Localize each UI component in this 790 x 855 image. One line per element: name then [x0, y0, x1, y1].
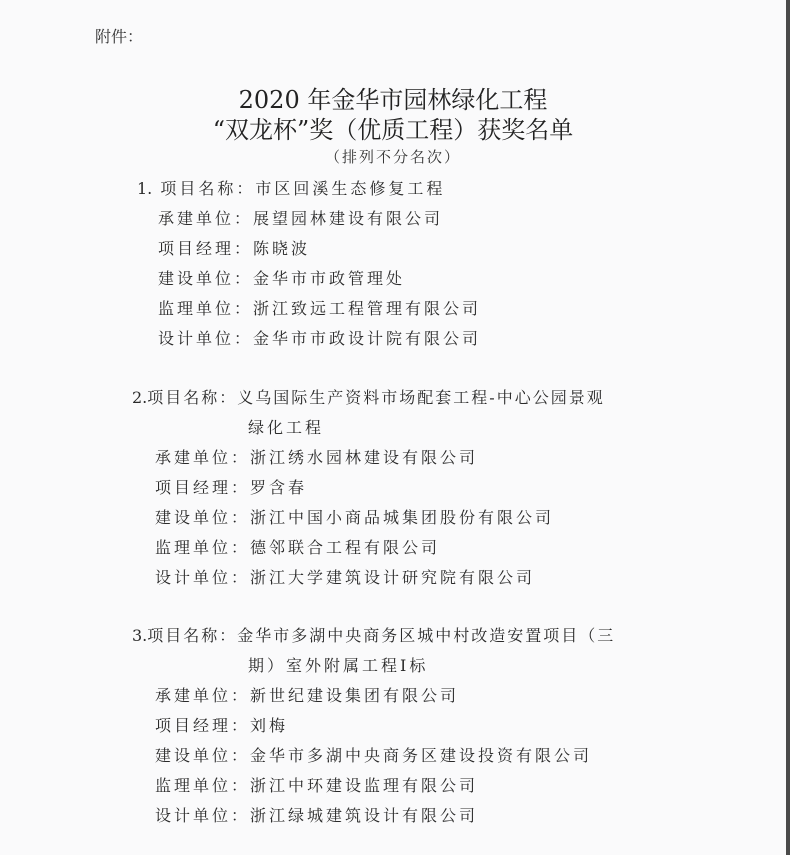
contractor-value: 浙江绣水园林建设有限公司 [250, 448, 478, 467]
manager-value: 罗含春 [250, 478, 307, 497]
owner-value: 金华市多湖中央商务区建设投资有限公司 [250, 746, 592, 765]
manager-row: 项目经理：罗含春 [155, 475, 307, 498]
attachment-label: 附件： [95, 24, 143, 47]
manager-value: 陈晓波 [253, 239, 310, 258]
project-name-row: 3.项目名称：金华市多湖中央商务区城中村改造安置项目（三 [132, 623, 615, 646]
field-label: 项目经理： [155, 478, 250, 497]
project-index: 1. [137, 179, 152, 198]
designer-row: 设计单位：金华市市政设计院有限公司 [158, 326, 481, 349]
field-label: 设计单位： [155, 806, 250, 825]
document-page: 附件： 2020 年金华市园林绿化工程 “双龙杯”奖（优质工程）获奖名单 （排列… [0, 0, 786, 855]
designer-value: 金华市市政设计院有限公司 [253, 329, 481, 348]
field-label: 建设单位： [155, 508, 250, 527]
designer-value: 浙江绿城建筑设计有限公司 [250, 806, 478, 825]
field-label: 设计单位： [158, 329, 253, 348]
supervisor-row: 监理单位：德邻联合工程有限公司 [155, 535, 440, 558]
supervisor-value: 浙江中环建设监理有限公司 [250, 776, 478, 795]
project-index: 3. [132, 626, 147, 645]
project-name-row: 2.项目名称：义乌国际生产资料市场配套工程-中心公园景观 [132, 385, 605, 408]
owner-row: 建设单位：金华市多湖中央商务区建设投资有限公司 [155, 743, 592, 766]
field-label: 项目经理： [155, 716, 250, 735]
contractor-row: 承建单位：新世纪建设集团有限公司 [155, 683, 459, 706]
contractor-value: 新世纪建设集团有限公司 [250, 686, 459, 705]
supervisor-value: 德邻联合工程有限公司 [250, 538, 440, 557]
document-subtitle: （排列不分名次） [0, 146, 786, 167]
manager-row: 项目经理：陈晓波 [158, 236, 310, 259]
manager-row: 项目经理：刘梅 [155, 713, 288, 736]
project-name-continued: 绿化工程 [248, 415, 324, 438]
field-label: 建设单位： [155, 746, 250, 765]
field-label: 设计单位： [155, 568, 250, 587]
owner-row: 建设单位：金华市市政管理处 [158, 266, 405, 289]
field-label: 监理单位： [158, 299, 253, 318]
manager-value: 刘梅 [250, 716, 288, 735]
owner-row: 建设单位：浙江中国小商品城集团股份有限公司 [155, 505, 554, 528]
contractor-row: 承建单位：浙江绣水园林建设有限公司 [155, 445, 478, 468]
field-label: 承建单位： [155, 448, 250, 467]
designer-row: 设计单位：浙江绿城建筑设计有限公司 [155, 803, 478, 826]
owner-value: 金华市市政管理处 [253, 269, 405, 288]
document-title-line2: “双龙杯”奖（优质工程）获奖名单 [0, 110, 786, 145]
project-name: 市区回溪生态修复工程 [255, 179, 445, 198]
field-label: 监理单位： [155, 776, 250, 795]
project-name: 金华市多湖中央商务区城中村改造安置项目（三 [237, 626, 615, 645]
project-index: 2. [132, 388, 147, 407]
field-label: 项目名称： [160, 179, 255, 198]
project-name: 义乌国际生产资料市场配套工程-中心公园景观 [237, 388, 604, 407]
field-label: 监理单位： [155, 538, 250, 557]
contractor-value: 展望园林建设有限公司 [253, 209, 443, 228]
designer-value: 浙江大学建筑设计研究院有限公司 [250, 568, 535, 587]
field-label: 项目名称： [147, 626, 237, 645]
project-name-continued: 期）室外附属工程Ⅰ标 [248, 653, 428, 676]
field-label: 承建单位： [158, 209, 253, 228]
page-edge-border [786, 0, 790, 855]
field-label: 项目名称： [147, 388, 237, 407]
supervisor-value: 浙江致远工程管理有限公司 [253, 299, 481, 318]
field-label: 建设单位： [158, 269, 253, 288]
field-label: 承建单位： [155, 686, 250, 705]
designer-row: 设计单位：浙江大学建筑设计研究院有限公司 [155, 565, 535, 588]
supervisor-row: 监理单位：浙江致远工程管理有限公司 [158, 296, 481, 319]
contractor-row: 承建单位：展望园林建设有限公司 [158, 206, 443, 229]
supervisor-row: 监理单位：浙江中环建设监理有限公司 [155, 773, 478, 796]
project-name-row: 1. 项目名称：市区回溪生态修复工程 [137, 176, 445, 199]
owner-value: 浙江中国小商品城集团股份有限公司 [250, 508, 554, 527]
field-label: 项目经理： [158, 239, 253, 258]
